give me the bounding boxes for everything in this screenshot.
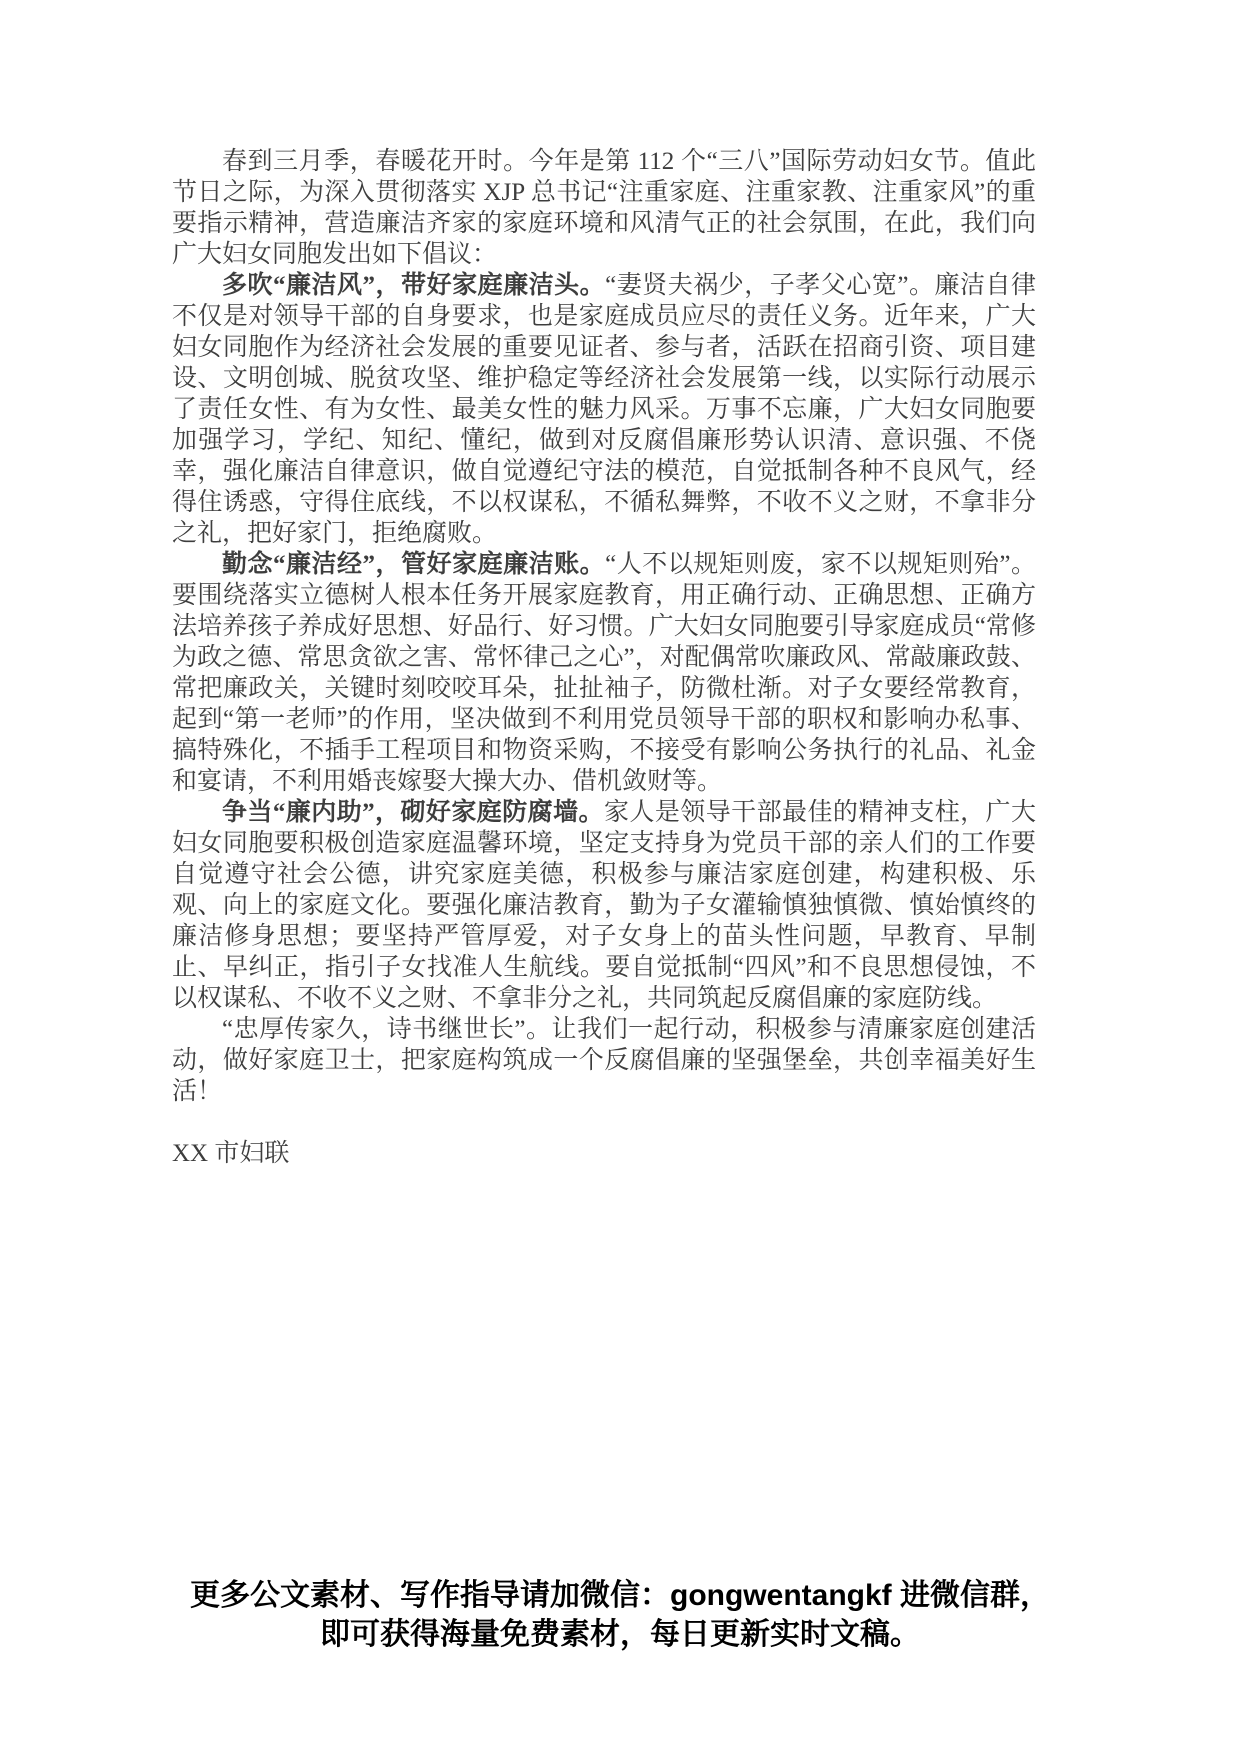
document-page: 春到三月季，春暖花开时。今年是第 112 个“三八”国际劳动妇女节。值此节日之际…	[0, 0, 1240, 1754]
paragraph-text: 春到三月季，春暖花开时。今年是第 112 个“三八”国际劳动妇女节。值此节日之际…	[172, 148, 1036, 268]
paragraph-text: 家人是领导干部最佳的精神支柱，广大妇女同胞要积极创造家庭温馨环境，坚定支持身为党…	[172, 799, 1036, 1012]
paragraph-closing: “忠厚传家久，诗书继世长”。让我们一起行动，积极参与清廉家庭创建活动，做好家庭卫…	[172, 1014, 1036, 1107]
signature: XX 市妇联	[172, 1138, 1036, 1169]
footer-line-2: 即可获得海量免费素材，每日更新实时文稿。	[0, 1615, 1240, 1654]
footer-note: 更多公文素材、写作指导请加微信：gongwentangkf 进微信群， 即可获得…	[0, 1576, 1240, 1654]
paragraph-section-3: 争当“廉内助”，砌好家庭防腐墙。家人是领导干部最佳的精神支柱，广大妇女同胞要积极…	[172, 797, 1036, 1014]
paragraph-intro: 春到三月季，春暖花开时。今年是第 112 个“三八”国际劳动妇女节。值此节日之际…	[172, 146, 1036, 270]
paragraph-text: “人不以规矩则废，家不以规矩则殆”。 要围绕落实立德树人根本任务开展家庭教育，用…	[172, 551, 1036, 795]
paragraph-section-2: 勤念“廉洁经”，管好家庭廉洁账。“人不以规矩则废，家不以规矩则殆”。 要围绕落实…	[172, 549, 1036, 797]
paragraph-text: “忠厚传家久，诗书继世长”。让我们一起行动，积极参与清廉家庭创建活动，做好家庭卫…	[172, 1016, 1036, 1105]
paragraph-text: “妻贤夫祸少，子孝父心宽”。廉洁自律不仅是对领导干部的自身要求，也是家庭成员应尽…	[172, 272, 1036, 547]
footer-line-1: 更多公文素材、写作指导请加微信：gongwentangkf 进微信群，	[0, 1576, 1240, 1615]
document-body: 春到三月季，春暖花开时。今年是第 112 个“三八”国际劳动妇女节。值此节日之际…	[172, 146, 1036, 1169]
paragraph-lead: 勤念“廉洁经”，管好家庭廉洁账。	[222, 551, 605, 578]
paragraph-lead: 多吹“廉洁风”，带好家庭廉洁头。	[222, 272, 605, 299]
paragraph-section-1: 多吹“廉洁风”，带好家庭廉洁头。“妻贤夫祸少，子孝父心宽”。廉洁自律不仅是对领导…	[172, 270, 1036, 549]
paragraph-lead: 争当“廉内助”，砌好家庭防腐墙。	[222, 799, 604, 826]
